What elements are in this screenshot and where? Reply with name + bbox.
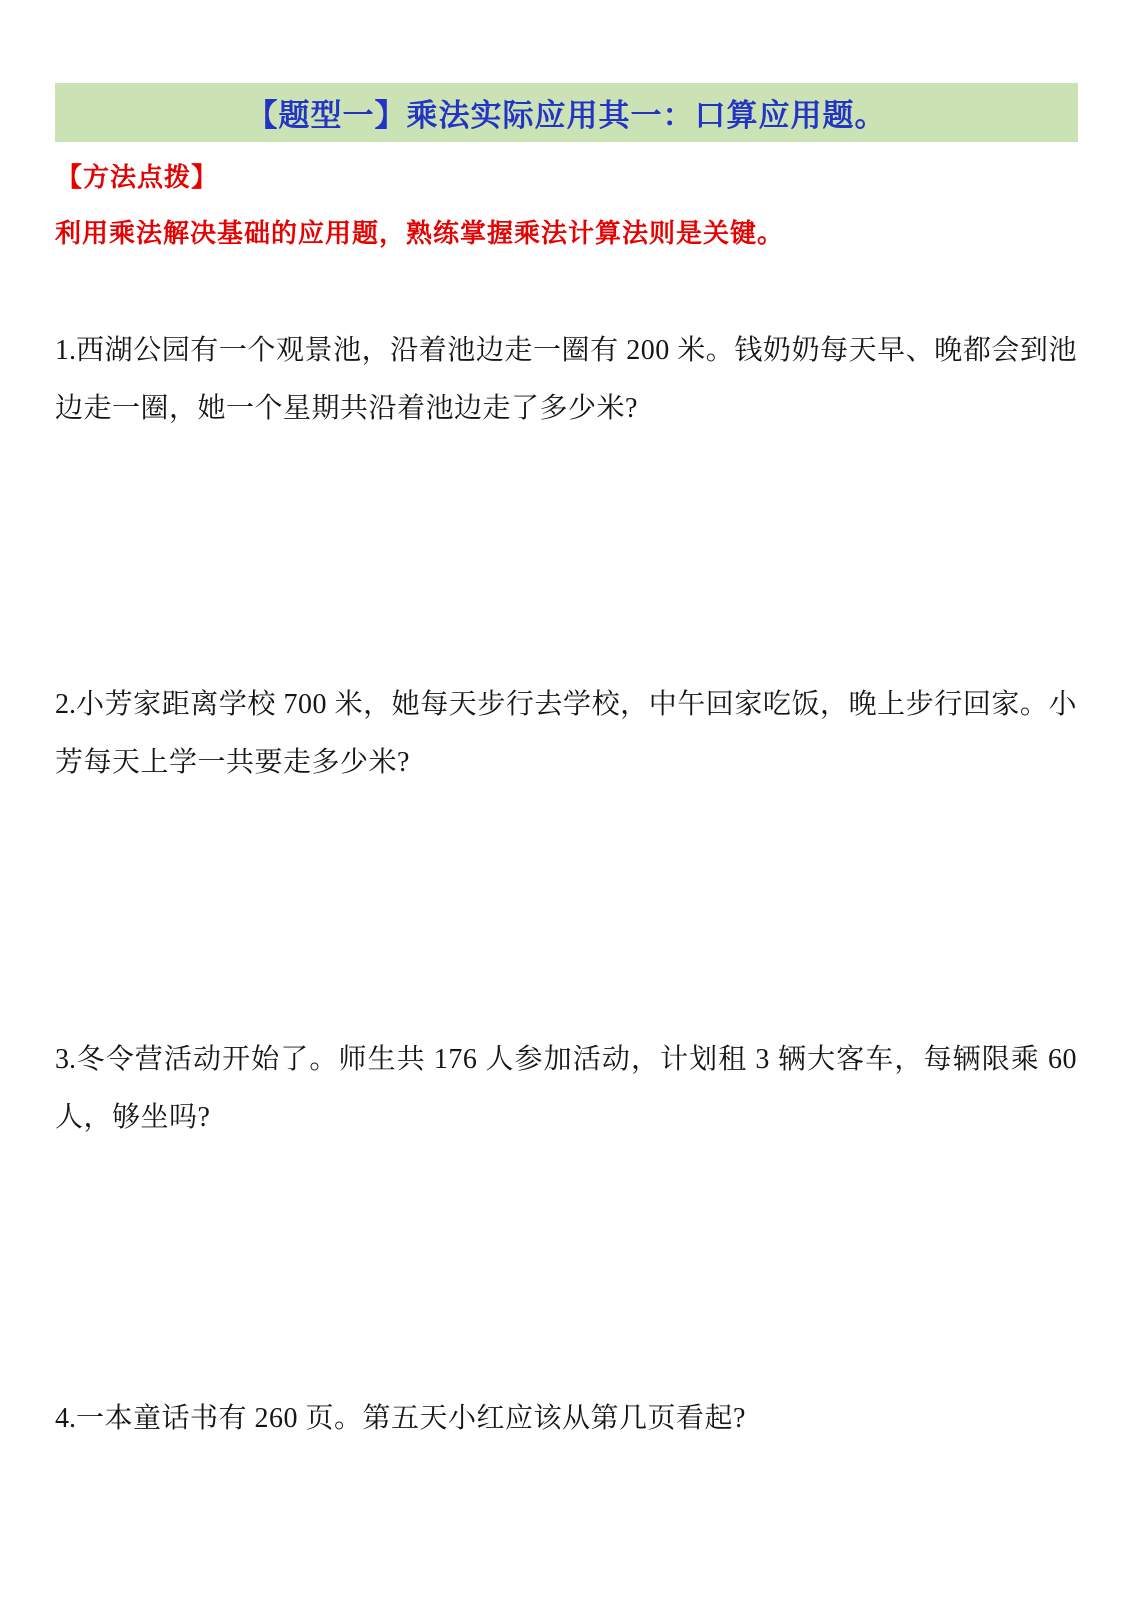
problem-4: 4.一本童话书有 260 页。第五天小红应该从第几页看起? <box>55 1390 1077 1448</box>
worksheet-page: { "banner": { "title": "【题型一】乘法实际应用其一：口算… <box>0 0 1131 1600</box>
section-banner: 【题型一】乘法实际应用其一：口算应用题。 <box>55 83 1078 142</box>
problem-2-text: 小芳家距离学校 700 米，她每天步行去学校，中午回家吃饭，晚上步行回家。小芳每… <box>55 689 1077 778</box>
problem-3: 3.冬令营活动开始了。师生共 176 人参加活动，计划租 3 辆大客车，每辆限乘… <box>55 1031 1077 1147</box>
problem-1-text: 西湖公园有一个观景池，沿着池边走一圈有 200 米。钱奶奶每天早、晚都会到池边走… <box>55 335 1077 424</box>
method-tip: 利用乘法解决基础的应用题，熟练掌握乘法计算法则是关键。 <box>55 213 784 250</box>
problem-1: 1.西湖公园有一个观景池，沿着池边走一圈有 200 米。钱奶奶每天早、晚都会到池… <box>55 322 1077 438</box>
problem-4-number: 4. <box>55 1403 76 1434</box>
problem-1-number: 1. <box>55 335 76 366</box>
method-label: 【方法点拨】 <box>56 157 218 194</box>
problem-3-text: 冬令营活动开始了。师生共 176 人参加活动，计划租 3 辆大客车，每辆限乘 6… <box>55 1044 1077 1133</box>
problem-2-number: 2. <box>55 689 76 720</box>
problem-2: 2.小芳家距离学校 700 米，她每天步行去学校，中午回家吃饭，晚上步行回家。小… <box>55 676 1077 792</box>
problem-4-text: 一本童话书有 260 页。第五天小红应该从第几页看起? <box>76 1403 746 1434</box>
section-title: 【题型一】乘法实际应用其一：口算应用题。 <box>247 90 887 135</box>
problem-3-number: 3. <box>55 1044 76 1075</box>
